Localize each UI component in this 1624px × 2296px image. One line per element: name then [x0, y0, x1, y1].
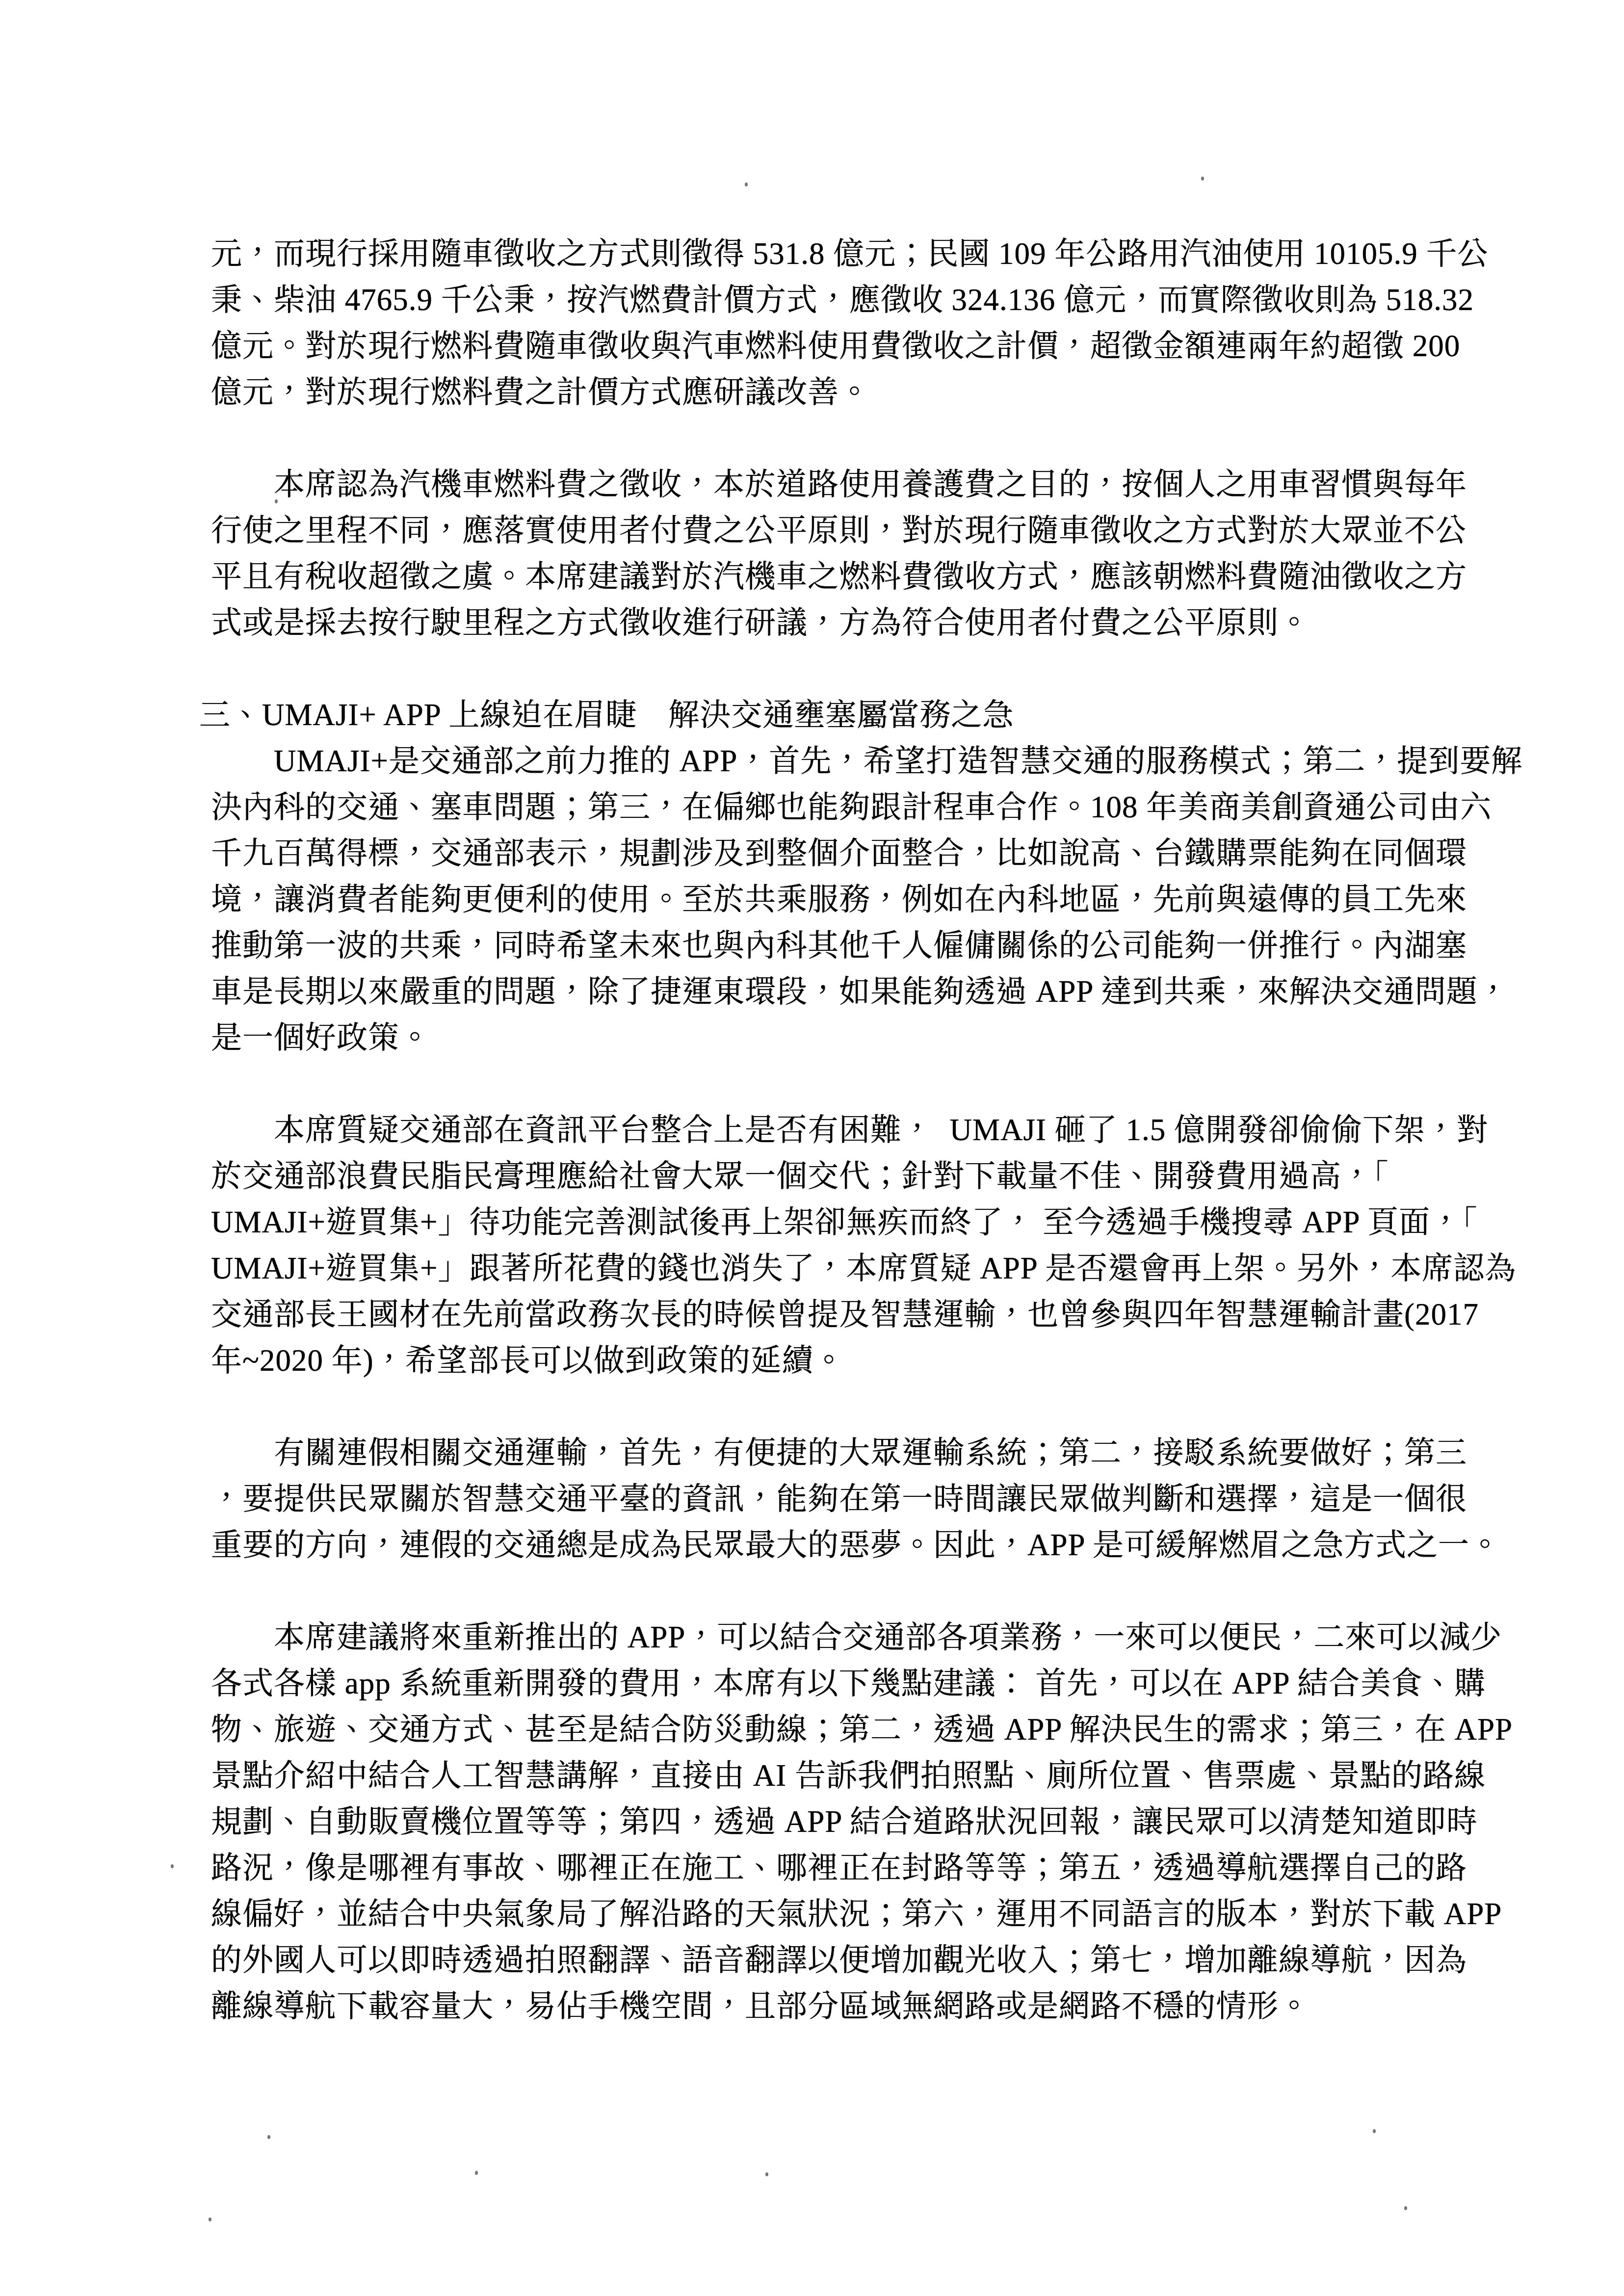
- text-line: 境，讓消費者能夠更便利的使用。至於共乘服務，例如在內科地區，先前與遠傳的員工先來: [211, 876, 1472, 922]
- text-line: 億元。對於現行燃料費隨車徵收與汽車燃料使用費徵收之計價，超徵金額連兩年約超徵 2…: [211, 323, 1472, 369]
- text-line: UMAJI+遊買集+」待功能完善測試後再上架卻無疾而終了， 至今透過手機搜尋 A…: [211, 1199, 1472, 1245]
- scan-speck: [267, 2135, 270, 2139]
- scan-speck: [765, 2172, 768, 2176]
- text-line: 億元，對於現行燃料費之計價方式應研議改善。: [211, 369, 1472, 415]
- text-line: 本席質疑交通部在資訊平台整合上是否有困難， UMAJI 砸了 1.5 億開發卻偷…: [211, 1107, 1472, 1153]
- heading-line: 三、UMAJI+ APP 上線迫在眉睫 解決交通壅塞屬當務之急: [199, 692, 1472, 738]
- text-line: 是一個好政策。: [211, 1015, 1472, 1061]
- text-line: 行使之里程不同，應落實使用者付費之公平原則，對於現行隨車徵收之方式對於大眾並不公: [211, 507, 1472, 553]
- text-line: 於交通部浪費民脂民膏理應給社會大眾一個交代；針對下載量不佳、開發費用過高，「: [211, 1153, 1472, 1199]
- text-line: 各式各樣 app 系統重新開發的費用，本席有以下幾點建議： 首先，可以在 APP…: [211, 1660, 1472, 1706]
- scan-speck: [1201, 177, 1204, 181]
- scan-speck: [1404, 2206, 1407, 2210]
- scan-speck: [275, 499, 278, 503]
- scan-speck: [171, 1864, 174, 1868]
- text-line: 秉、柴油 4765.9 千公秉，按汽燃費計價方式，應徵收 324.136 億元，…: [211, 277, 1472, 323]
- text-line: 決內科的交通、塞車問題；第三，在偏鄉也能夠跟計程車合作。108 年美商美創資通公…: [211, 784, 1472, 830]
- text-line: 推動第一波的共乘，同時希望未來也與內科其他千人僱傭關係的公司能夠一併推行。內湖塞: [211, 922, 1472, 968]
- text-line: 平且有稅收超徵之虞。本席建議對於汽機車之燃料費徵收方式，應該朝燃料費隨油徵收之方: [211, 553, 1472, 600]
- text-line: UMAJI+遊買集+」跟著所花費的錢也消失了，本席質疑 APP 是否還會再上架。…: [211, 1245, 1472, 1291]
- scan-speck: [475, 2171, 478, 2175]
- text-line: UMAJI+是交通部之前力推的 APP，首先，希望打造智慧交通的服務模式；第二，…: [211, 738, 1472, 784]
- text-line: 元，而現行採用隨車徵收之方式則徵得 531.8 億元；民國 109 年公路用汽油…: [211, 231, 1472, 277]
- text-line: 有關連假相關交通運輸，首先，有便捷的大眾運輸系統；第二，接駁系統要做好；第三: [211, 1430, 1472, 1476]
- paragraph-umaji-background: UMAJI+是交通部之前力推的 APP，首先，希望打造智慧交通的服務模式；第二，…: [211, 738, 1472, 1061]
- paragraph-fuel-fee-figures: 元，而現行採用隨車徵收之方式則徵得 531.8 億元；民國 109 年公路用汽油…: [211, 231, 1472, 415]
- text-line: 景點介紹中結合人工智慧講解，直接由 AI 告訴我們拍照點、廁所位置、售票處、景點…: [211, 1752, 1472, 1799]
- heading-section-3-umaji-app: 三、UMAJI+ APP 上線迫在眉睫 解決交通壅塞屬當務之急: [199, 692, 1472, 738]
- text-line: 離線導航下載容量大，易佔手機空間，且部分區域無網路或是網路不穩的情形。: [211, 1983, 1472, 2029]
- text-line: 重要的方向，連假的交通總是成為民眾最大的惡夢。因此，APP 是可緩解燃眉之急方式…: [211, 1522, 1472, 1568]
- paragraph-fuel-fee-opinion: 本席認為汽機車燃料費之徵收，本於道路使用養護費之目的，按個人之用車習慣與每年行使…: [211, 461, 1472, 646]
- scan-speck: [745, 183, 748, 186]
- text-line: 本席建議將來重新推出的 APP，可以結合交通部各項業務，一來可以便民，二來可以減…: [211, 1614, 1472, 1660]
- text-line: 千九百萬得標，交通部表示，規劃涉及到整個介面整合，比如說高、台鐵購票能夠在同個環: [211, 830, 1472, 876]
- text-line: 物、旅遊、交通方式、甚至是結合防災動線；第二，透過 APP 解決民生的需求；第三…: [211, 1706, 1472, 1752]
- text-line: 線偏好，並結合中央氣象局了解沿路的天氣狀況；第六，運用不同語言的版本，對於下載 …: [211, 1891, 1472, 1937]
- text-line: 車是長期以來嚴重的問題，除了捷運東環段，如果能夠透過 APP 達到共乘，來解決交…: [211, 968, 1472, 1015]
- text-line: 本席認為汽機車燃料費之徵收，本於道路使用養護費之目的，按個人之用車習慣與每年: [211, 461, 1472, 507]
- paragraph-holiday-transport: 有關連假相關交通運輸，首先，有便捷的大眾運輸系統；第二，接駁系統要做好；第三，要…: [211, 1430, 1472, 1568]
- text-line: 年~2020 年)，希望部長可以做到政策的延續。: [211, 1337, 1472, 1383]
- paragraph-app-suggestions: 本席建議將來重新推出的 APP，可以結合交通部各項業務，一來可以便民，二來可以減…: [211, 1614, 1472, 2029]
- document-body: 元，而現行採用隨車徵收之方式則徵得 531.8 億元；民國 109 年公路用汽油…: [211, 231, 1472, 2029]
- scanned-document-page: 元，而現行採用隨車徵收之方式則徵得 531.8 億元；民國 109 年公路用汽油…: [0, 0, 1624, 2296]
- text-line: 規劃、自動販賣機位置等等；第四，透過 APP 結合道路狀況回報，讓民眾可以清楚知…: [211, 1799, 1472, 1845]
- paragraph-umaji-criticism: 本席質疑交通部在資訊平台整合上是否有困難， UMAJI 砸了 1.5 億開發卻偷…: [211, 1107, 1472, 1383]
- scan-speck: [1373, 2129, 1376, 2133]
- text-line: 的外國人可以即時透過拍照翻譯、語音翻譯以便增加觀光收入；第七，增加離線導航，因為: [211, 1937, 1472, 1983]
- text-line: 交通部長王國材在先前當政務次長的時候曾提及智慧運輸，也曾參與四年智慧運輸計畫(2…: [211, 1291, 1472, 1337]
- text-line: ，要提供民眾關於智慧交通平臺的資訊，能夠在第一時間讓民眾做判斷和選擇，這是一個很: [211, 1476, 1472, 1522]
- text-line: 式或是採去按行駛里程之方式徵收進行研議，方為符合使用者付費之公平原則。: [211, 600, 1472, 646]
- text-line: 路況，像是哪裡有事故、哪裡正在施工、哪裡正在封路等等；第五，透過導航選擇自己的路: [211, 1845, 1472, 1891]
- scan-speck: [209, 2218, 211, 2221]
